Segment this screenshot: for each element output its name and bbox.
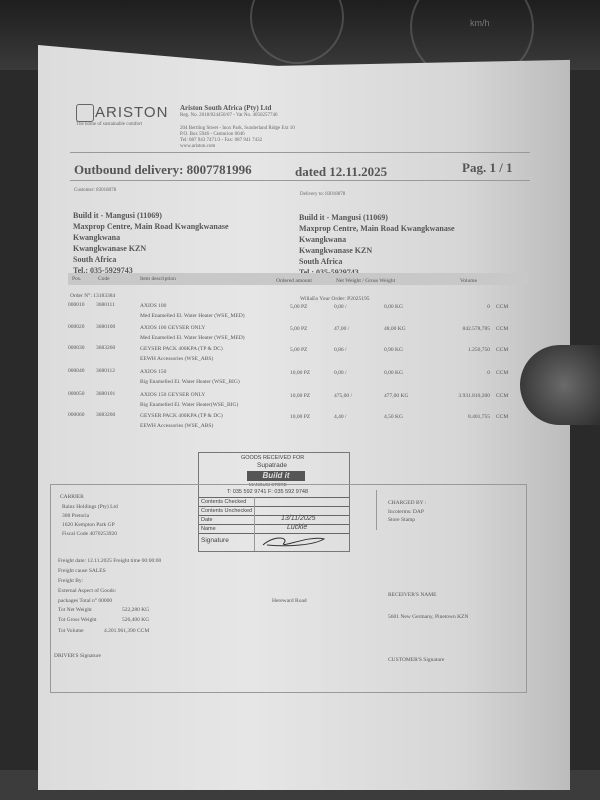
row-description: AXIOS 100 GEYSER ONLY bbox=[140, 325, 205, 331]
row-code: 3680101 bbox=[96, 391, 115, 397]
row-net-weight: 0,00 / bbox=[334, 370, 347, 376]
row-code: 3683260 bbox=[96, 412, 115, 418]
row-quantity: 10,00 PZ bbox=[290, 414, 310, 420]
gross-weight-label: Tot Gross Weight bbox=[58, 617, 97, 623]
row-code: 3680100 bbox=[96, 324, 115, 330]
company-logo: ARISTON bbox=[95, 104, 168, 121]
row-gross-weight: 0,00 KG bbox=[384, 304, 403, 310]
company-name: Ariston South Africa (Pty) Ltd bbox=[180, 104, 271, 112]
row-description: AXIOS 150 GEYSER ONLY bbox=[140, 392, 205, 398]
row-volume-unit: CCM bbox=[496, 414, 508, 420]
col-pos: Pos. bbox=[72, 276, 81, 282]
delivery-note: ARISTON The home of sustainable comfort … bbox=[0, 0, 600, 800]
stamp-line2: Supatrade bbox=[257, 462, 287, 469]
charged-by-details: Incoterms: DAP Store Stamp bbox=[388, 508, 424, 524]
row-net-weight: 47,00 / bbox=[334, 326, 349, 332]
col-volume: Volume bbox=[460, 278, 477, 284]
row-quantity: 5,00 PZ bbox=[290, 304, 307, 310]
row-category: Big Enamelled El. Water Heater(WSE_BIG) bbox=[140, 402, 238, 408]
delivery-date: dated 12.11.2025 bbox=[295, 164, 387, 180]
company-phone: Tel: 087 943 7471/3 - Fax: 087 941 7432 bbox=[180, 138, 262, 143]
row-net-weight: 0,00 / bbox=[334, 304, 347, 310]
volume-label: Tot Volume bbox=[58, 628, 84, 634]
customer-number: Customer: 83018078 bbox=[74, 188, 116, 193]
customer-address: Build it - Mangusi (11069) Maxprop Centr… bbox=[73, 210, 229, 276]
col-ordered: Ordered amount bbox=[276, 278, 312, 284]
receiver-value: 5601 New Germany, Pinetown KZN bbox=[388, 614, 468, 620]
stamp-line1: GOODS RECEIVED FOR bbox=[241, 455, 304, 461]
row-net-weight: 475,00 / bbox=[334, 393, 352, 399]
row-description: AXIOS 100 bbox=[140, 303, 166, 309]
row-gross-weight: 0,90 KG bbox=[384, 347, 403, 353]
divider bbox=[376, 490, 377, 530]
company-address2: P.O. Box 5946 - Centurion 0046 bbox=[180, 132, 245, 137]
page-number: Pag. 1 / 1 bbox=[462, 160, 513, 176]
gross-weight-value: 526,400 KG bbox=[122, 617, 149, 623]
stamp-brand-logo: Build it bbox=[247, 471, 305, 481]
receiver-label: RECEIVER'S NAME bbox=[388, 592, 437, 598]
col-description: Item description bbox=[140, 276, 176, 282]
row-gross-weight: 48,00 KG bbox=[384, 326, 406, 332]
order-number: Order N°: 13183384 bbox=[70, 293, 115, 299]
col-code: Code bbox=[98, 276, 110, 282]
ariston-logo-icon bbox=[76, 104, 94, 122]
row-category: Med Enamelled El. Water Heater (WSE_MED) bbox=[140, 335, 245, 341]
row-quantity: 10,00 PZ bbox=[290, 393, 310, 399]
row-volume: 0 bbox=[430, 304, 490, 310]
delivery-number: Outbound delivery: 8007781996 bbox=[74, 162, 252, 178]
company-address1: 204 Bertling Street - Inox Park, Sunderl… bbox=[180, 126, 295, 131]
row-position: 000040 bbox=[68, 368, 85, 374]
row-position: 000030 bbox=[68, 345, 85, 351]
row-position: 000010 bbox=[68, 302, 85, 308]
row-code: 3680112 bbox=[96, 368, 115, 374]
row-description: GEYSER PACK 400KPA (TP & DC) bbox=[140, 413, 223, 419]
customer-signature-label: CUSTOMER'S Signature bbox=[388, 657, 444, 663]
row-position: 000060 bbox=[68, 412, 85, 418]
row-volume: 3.931.810,200 bbox=[430, 393, 490, 399]
row-gross-weight: 477,00 KG bbox=[384, 393, 408, 399]
row-code: 3680111 bbox=[96, 302, 115, 308]
row-category: Big Enamelled El. Water Heater (WSE_BIG) bbox=[140, 379, 240, 385]
net-weight-label: Tot Net Weight bbox=[58, 607, 92, 613]
row-volume-unit: CCM bbox=[496, 370, 508, 376]
divider bbox=[70, 152, 530, 153]
row-volume: 1.250,750 bbox=[430, 347, 490, 353]
net-weight-value: 522,280 KG bbox=[122, 607, 149, 613]
row-volume-unit: CCM bbox=[496, 347, 508, 353]
row-gross-weight: 4,50 KG bbox=[384, 414, 403, 420]
row-net-weight: 0,86 / bbox=[334, 347, 347, 353]
row-description: GEYSER PACK 400KPA (TP & DC) bbox=[140, 346, 223, 352]
company-tagline: The home of sustainable comfort bbox=[76, 122, 142, 127]
volume-value: 4.201.961,390 CCM bbox=[104, 628, 149, 634]
delivery-to-number: Delivery to: 83018078 bbox=[300, 192, 345, 197]
order-reference: WillaEn Your Order: P2025195 bbox=[300, 296, 369, 302]
row-volume: 842.578,785 bbox=[430, 326, 490, 332]
col-weight: Net Weight / Gross Weight bbox=[336, 278, 395, 284]
charged-by-label: CHARGED BY : bbox=[388, 500, 426, 506]
row-position: 000020 bbox=[68, 324, 85, 330]
delivery-address: Build it - Mangusi (11069) Maxprop Centr… bbox=[299, 212, 455, 278]
row-code: 3683260 bbox=[96, 345, 115, 351]
row-volume: 8.401,755 bbox=[430, 414, 490, 420]
row-volume: 0 bbox=[430, 370, 490, 376]
row-quantity: 5,00 PZ bbox=[290, 326, 307, 332]
row-gross-weight: 0,00 KG bbox=[384, 370, 403, 376]
row-volume-unit: CCM bbox=[496, 326, 508, 332]
row-volume-unit: CCM bbox=[496, 304, 508, 310]
carrier-details: Rainz Holdings (Pty) Ltd 308 Pretoria 16… bbox=[62, 503, 118, 539]
row-quantity: 5,00 PZ bbox=[290, 347, 307, 353]
company-web: www.ariston.com bbox=[180, 144, 215, 149]
divider bbox=[70, 180, 530, 181]
carrier-label: CARRIER bbox=[60, 494, 84, 500]
row-category: EEWH Accessories (WSE_ABS) bbox=[140, 423, 213, 429]
driver-signature-label: DRIVER'S Signature bbox=[54, 653, 101, 659]
mid-label: Hereward Road bbox=[272, 598, 307, 604]
row-category: Med Enamelled El. Water Heater (WSE_MED) bbox=[140, 313, 245, 319]
row-volume-unit: CCM bbox=[496, 393, 508, 399]
row-position: 000050 bbox=[68, 391, 85, 397]
company-reg: Reg. No. 2018/824450/07 - Vat No. 405025… bbox=[180, 113, 278, 118]
row-net-weight: 4,40 / bbox=[334, 414, 347, 420]
row-quantity: 10,00 PZ bbox=[290, 370, 310, 376]
row-description: AXIOS 150 bbox=[140, 369, 166, 375]
freight-details: Freight date: 12.11.2025 Freight time 00… bbox=[58, 556, 161, 606]
row-category: EEWH Accessories (WSE_ABS) bbox=[140, 356, 213, 362]
